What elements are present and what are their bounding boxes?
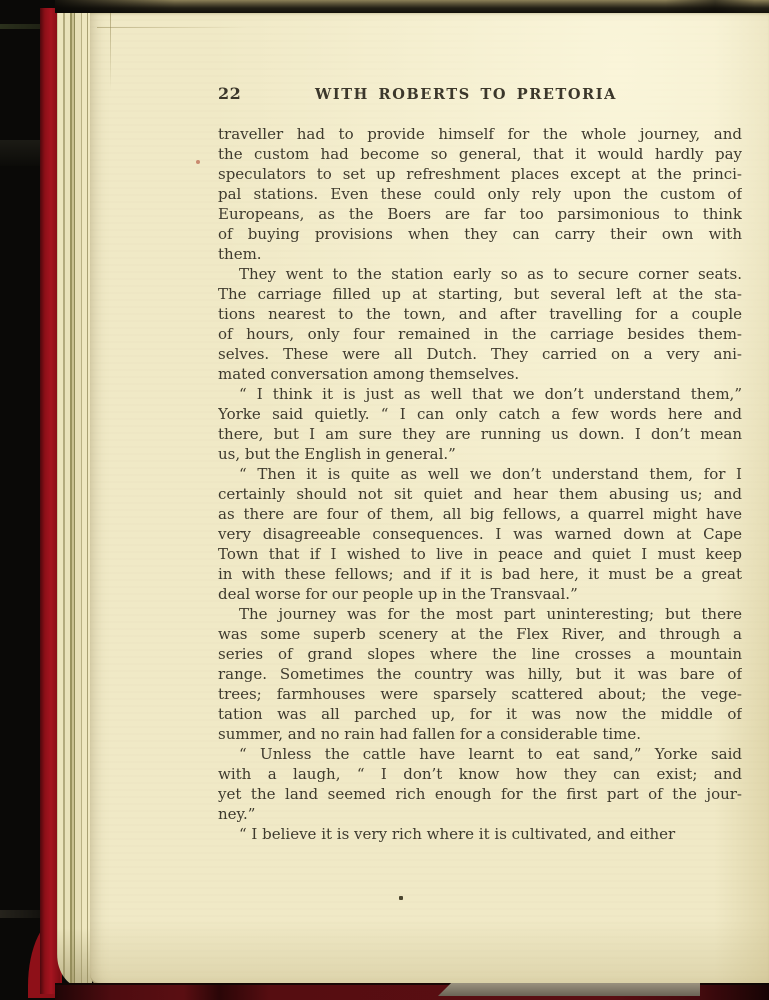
- page-corner-crease: [97, 27, 247, 28]
- text-line: Yorke said quietly. “ I can only catch a…: [218, 404, 742, 424]
- text-line: deal worse for our people up in the Tran…: [218, 584, 742, 604]
- paragraph: “ Then it is quite as well we don’t unde…: [218, 464, 742, 604]
- book-scan-photo: 22 WITH ROBERTS TO PRETORIA traveller ha…: [0, 0, 769, 1000]
- page-edge-stack: [57, 9, 92, 988]
- text-line: tation was all parched up, for it was no…: [218, 704, 742, 724]
- scanner-cradle-edge: [438, 983, 700, 996]
- text-line: tions nearest to the town, and after tra…: [218, 304, 742, 324]
- text-line: “ I believe it is very rich where it is …: [218, 824, 742, 844]
- text-line: certainly should not sit quiet and hear …: [218, 484, 742, 504]
- background-shelf-streak: [0, 140, 44, 166]
- text-line: The journey was for the most part uninte…: [218, 604, 742, 624]
- text-line: very disagreeable consequences. I was wa…: [218, 524, 742, 544]
- text-line: The carriage filled up at starting, but …: [218, 284, 742, 304]
- text-line: them.: [218, 244, 742, 264]
- text-line: ney.”: [218, 804, 742, 824]
- text-line: of buying provisions when they can carry…: [218, 224, 742, 244]
- text-line: was some superb scenery at the Flex Rive…: [218, 624, 742, 644]
- page-number: 22: [218, 84, 241, 103]
- text-line: there, but I am sure they are running us…: [218, 424, 742, 444]
- paragraph: They went to the station early so as to …: [218, 264, 742, 384]
- text-line: range. Sometimes the country was hilly, …: [218, 664, 742, 684]
- text-line: summer, and no rain had fallen for a con…: [218, 724, 742, 744]
- page-corner-crease: [110, 13, 111, 91]
- paragraph: “ I believe it is very rich where it is …: [218, 824, 742, 844]
- text-line: “ Then it is quite as well we don’t unde…: [218, 464, 742, 484]
- text-line: speculators to set up refreshment places…: [218, 164, 742, 184]
- text-line: Town that if I wished to live in peace a…: [218, 544, 742, 564]
- text-block: traveller had to provide himself for the…: [218, 124, 742, 844]
- text-line: selves. These were all Dutch. They carri…: [218, 344, 742, 364]
- running-title: WITH ROBERTS TO PRETORIA: [278, 86, 654, 103]
- text-line: They went to the station early so as to …: [218, 264, 742, 284]
- text-line: mated conversation among themselves.: [218, 364, 742, 384]
- text-line: as there are four of them, all big fello…: [218, 504, 742, 524]
- paragraph: The journey was for the most part uninte…: [218, 604, 742, 744]
- text-line: us, but the English in general.”: [218, 444, 742, 464]
- paragraph: traveller had to provide himself for the…: [218, 124, 742, 264]
- text-line: series of grand slopes where the line cr…: [218, 644, 742, 664]
- text-line: with a laugh, “ I don’t know how they ca…: [218, 764, 742, 784]
- text-line: “ Unless the cattle have learnt to eat s…: [218, 744, 742, 764]
- text-line: of hours, only four remained in the carr…: [218, 324, 742, 344]
- text-line: yet the land seemed rich enough for the …: [218, 784, 742, 804]
- text-line: in with these fellows; and if it is bad …: [218, 564, 742, 584]
- text-line: the custom had become so general, that i…: [218, 144, 742, 164]
- book-top-edge: [55, 0, 769, 13]
- page-header: 22 WITH ROBERTS TO PRETORIA: [218, 84, 742, 106]
- ink-speck: [399, 896, 403, 900]
- text-line: “ I think it is just as well that we don…: [218, 384, 742, 404]
- paragraph: “ Unless the cattle have learnt to eat s…: [218, 744, 742, 824]
- text-line: Europeans, as the Boers are far too pars…: [218, 204, 742, 224]
- paragraph: “ I think it is just as well that we don…: [218, 384, 742, 464]
- text-line: pal stations. Even these could only rely…: [218, 184, 742, 204]
- paper-fleck: [196, 160, 200, 164]
- text-line: traveller had to provide himself for the…: [218, 124, 742, 144]
- text-line: trees; farmhouses were sparsely scattere…: [218, 684, 742, 704]
